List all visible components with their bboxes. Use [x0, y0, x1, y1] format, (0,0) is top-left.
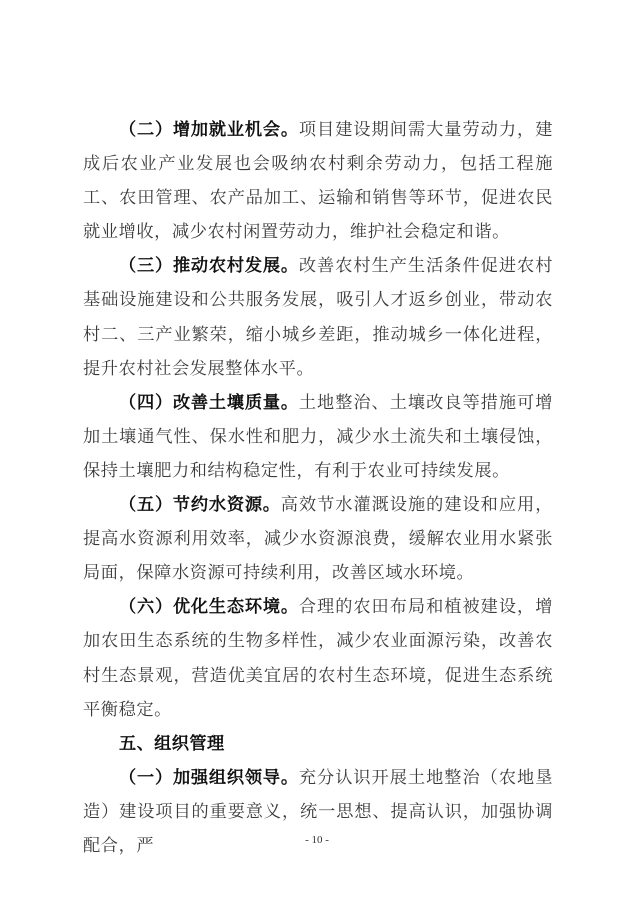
paragraph-soil-quality: （四）改善土壤质量。土地整治、土壤改良等措施可增加土壤通气性、保水性和肥力，减少…: [83, 386, 553, 488]
paragraph-lead: （三）推动农村发展。: [119, 256, 299, 276]
paragraph-rural-development: （三）推动农村发展。改善农村生产生活条件促进农村基础设施建设和公共服务发展，吸引…: [83, 249, 553, 385]
paragraph-lead: （一）加强组织领导。: [119, 768, 299, 788]
section-heading: 五、组织管理: [83, 727, 553, 761]
paragraph-ecology: （六）优化生态环境。合理的农田布局和植被建设，增加农田生态系统的生物多样性，减少…: [83, 590, 553, 726]
paragraph-lead: （四）改善土壤质量。: [119, 393, 299, 413]
paragraph-lead: （二）增加就业机会。: [119, 120, 299, 140]
paragraph-lead: （五）节约水资源。: [119, 495, 281, 515]
page-number: - 10 -: [0, 834, 634, 846]
paragraph-lead: （六）优化生态环境。: [119, 597, 299, 617]
document-body: （二）增加就业机会。项目建设期间需大量劳动力，建成后农业产业发展也会吸纳农村剩余…: [83, 113, 553, 863]
paragraph-leadership: （一）加强组织领导。充分认识开展土地整治（农地垦造）建设项目的重要意义，统一思想…: [83, 761, 553, 863]
paragraph-water-resources: （五）节约水资源。高效节水灌溉设施的建设和应用，提高水资源利用效率，减少水资源浪…: [83, 488, 553, 590]
paragraph-employment: （二）增加就业机会。项目建设期间需大量劳动力，建成后农业产业发展也会吸纳农村剩余…: [83, 113, 553, 249]
